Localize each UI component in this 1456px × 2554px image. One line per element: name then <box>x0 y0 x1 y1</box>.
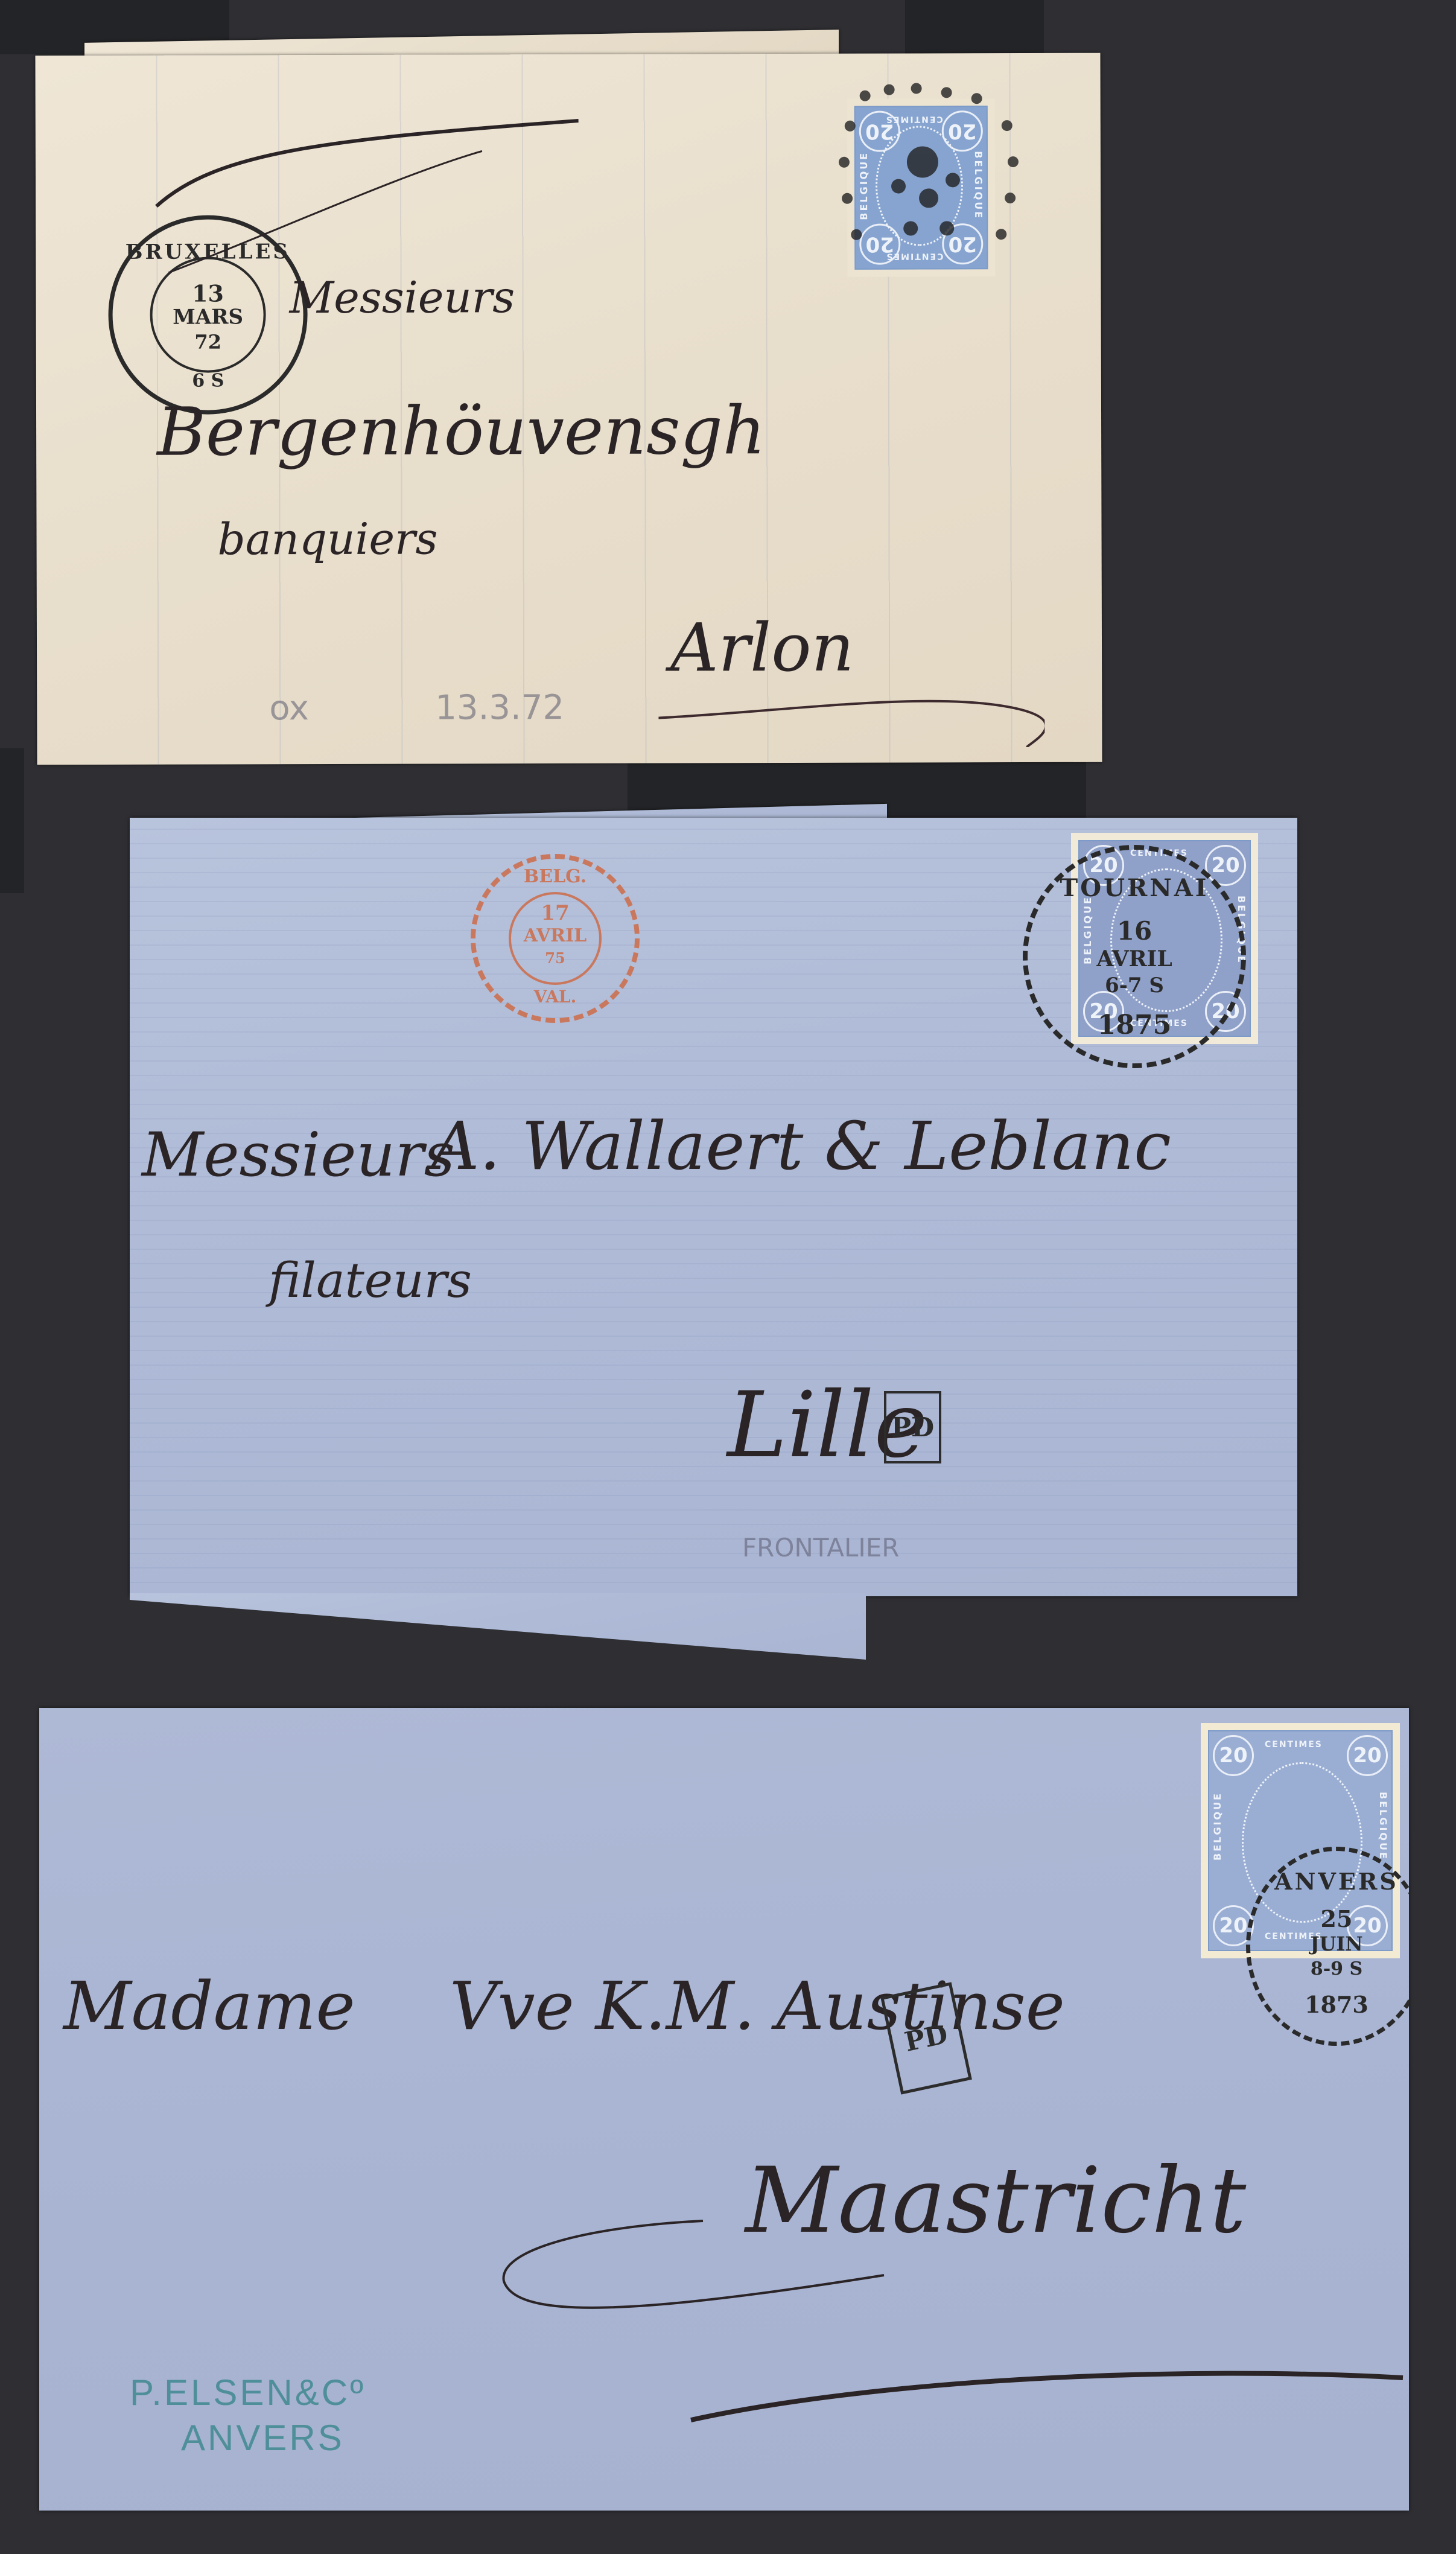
cover-2[interactable]: 20 20 20 20 BELGIQUE BELGIQUE CENTIMES C… <box>130 818 1297 1596</box>
postmark-day: 25 <box>1250 1905 1409 1932</box>
cover-1[interactable]: 20 20 20 20 BELGIQUE BELGIQUE CENTIMES C… <box>35 53 1102 765</box>
postmark-town: ANVERS <box>1250 1868 1409 1895</box>
cover-2-addressee: A. Wallaert & Leblanc <box>431 1107 1171 1185</box>
stamp-label: CENTIMES <box>1265 1740 1323 1750</box>
cover-3-sender-line1: P.ELSEN&Cº <box>130 2372 366 2413</box>
stamp-country: BELGIQUE <box>1212 1792 1223 1861</box>
postmark-time: 6-7 S <box>1028 973 1241 998</box>
postmark-town: TOURNAI <box>1028 874 1241 902</box>
cover-1-addressee: Bergenhöuvensgh <box>157 392 766 471</box>
transit-bottom: VAL. <box>475 987 635 1007</box>
postmark-year: 1875 <box>1028 1010 1241 1040</box>
cover-2-transit-mark: BELG. 17 AVRIL 75 VAL. <box>471 854 640 1023</box>
cover-3-salutation: Madame <box>63 1967 355 2045</box>
cover-1-city: Arlon <box>670 609 854 687</box>
cover-2-pencil-note: FRONTALIER <box>742 1533 899 1562</box>
cover-1-pencil-note: ox <box>269 689 309 728</box>
cover-3-flourish <box>462 2179 1409 2444</box>
postmark-time: 6 S <box>113 370 304 392</box>
cover-2-pd-mark: PD <box>884 1391 941 1463</box>
album-strip <box>905 0 1044 54</box>
cover-3[interactable]: 20 20 20 20 BELGIQUE BELGIQUE CENTIMES C… <box>39 1708 1409 2511</box>
cover-3-sender-line2: ANVERS <box>181 2417 345 2459</box>
transit-top: BELG. <box>475 866 635 887</box>
album-strip <box>0 748 24 893</box>
transit-month: AVRIL <box>475 925 635 946</box>
postmark-month: AVRIL <box>1028 946 1241 972</box>
cover-1-underline <box>658 681 1044 748</box>
numeral-dot-cancel <box>832 77 1032 295</box>
cover-2-salutation: Messieurs <box>142 1119 455 1190</box>
cover-1-salutation: Messieurs <box>289 272 515 323</box>
postmark-time: 8-9 S <box>1250 1958 1409 1979</box>
stamp-value: 20 <box>1213 1735 1254 1776</box>
transit-year: 75 <box>475 949 635 967</box>
postmark-day: 16 <box>1028 916 1241 946</box>
transit-day: 17 <box>475 901 635 925</box>
cover-3-addressee: Vve K.M. Austinse <box>450 1967 1065 2045</box>
cover-2-title: filateurs <box>269 1252 472 1308</box>
cover-2-fold <box>130 1593 866 1660</box>
cover-1-pencil-note: 13.3.72 <box>435 688 564 728</box>
stamp-country: BELGIQUE <box>1378 1792 1389 1861</box>
postmark-year: 1873 <box>1250 1991 1409 2018</box>
stamp-value: 20 <box>1347 1735 1388 1776</box>
cover-2-postmark: TOURNAI 16 AVRIL 6-7 S 1875 <box>1023 845 1246 1068</box>
postmark-month: JUIN <box>1250 1932 1409 1955</box>
cover-3-postmark: ANVERS 25 JUIN 8-9 S 1873 <box>1246 1847 1409 2046</box>
cover-1-title: banquiers <box>217 514 437 565</box>
